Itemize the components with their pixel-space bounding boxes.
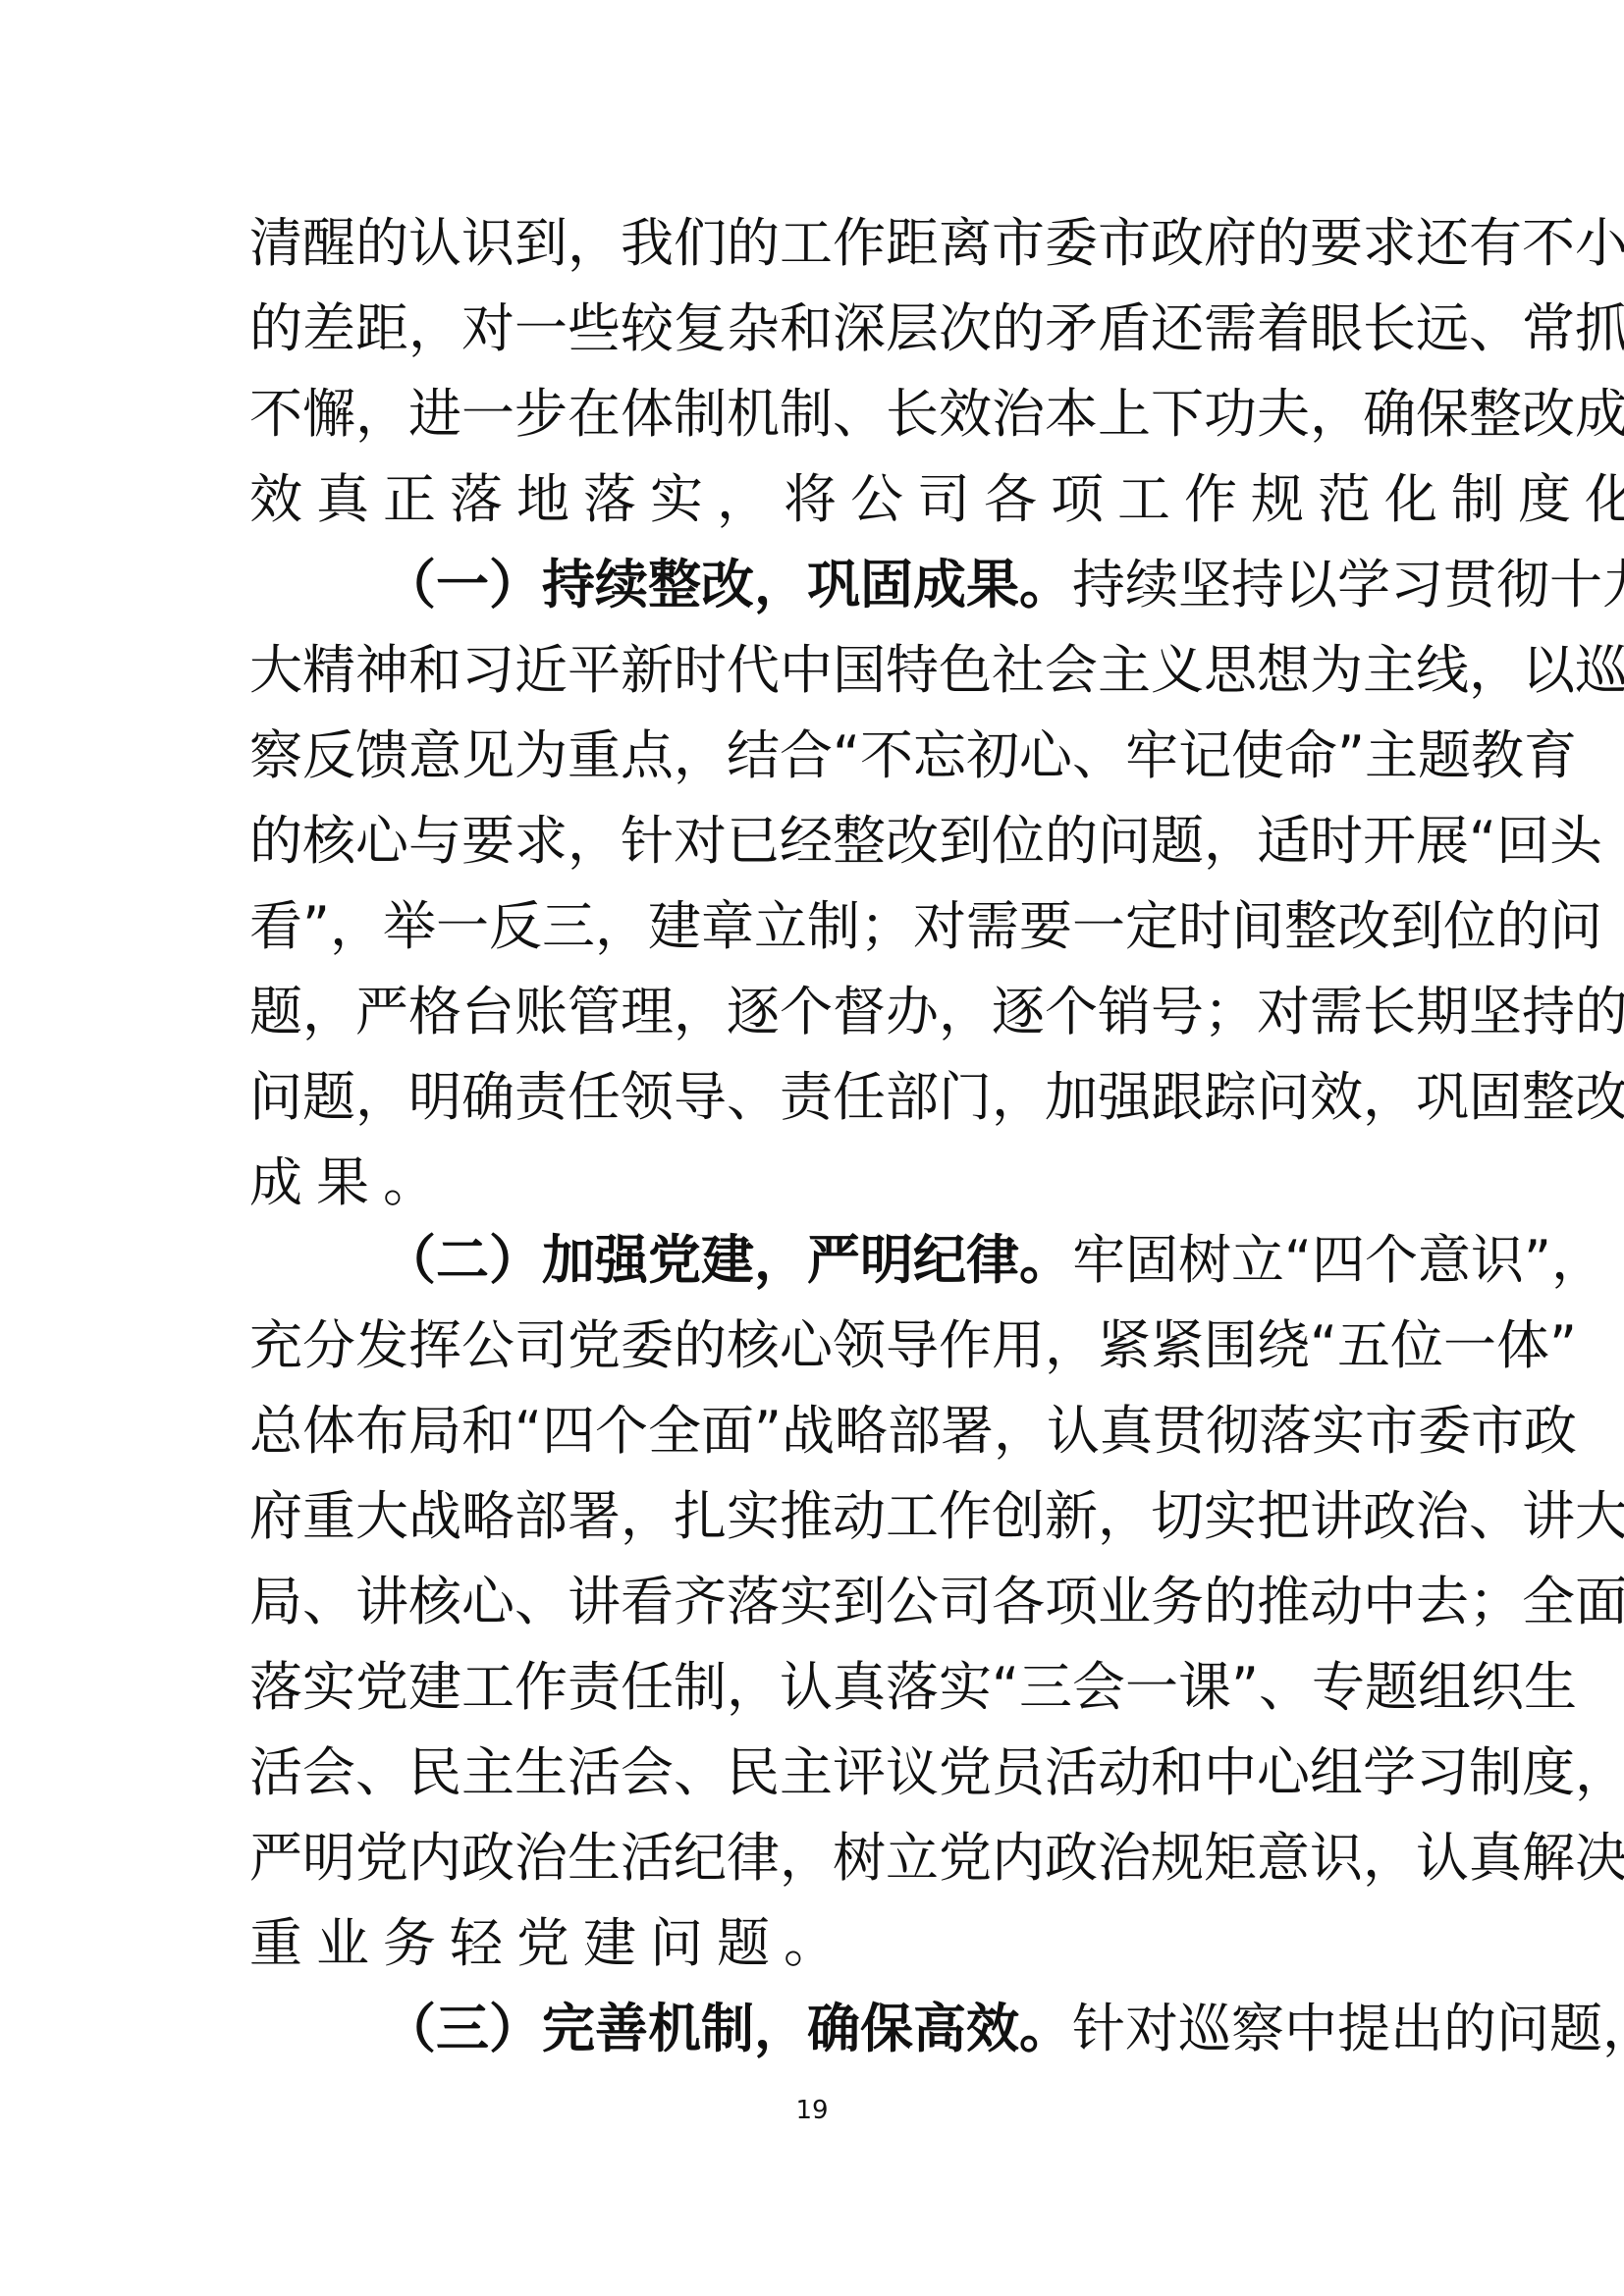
section-2-line-6: 落实党建工作责任制，认真落实“三会一课”、专题组织生 xyxy=(249,1644,1384,1730)
section-1-first-line-text: 持续坚持以学习贯彻十九 xyxy=(1072,554,1624,615)
intro-line-1: 清醒的认识到，我们的工作距离市委市政府的要求还有不小 xyxy=(249,200,1384,286)
intro-line-4: 效真正落地落实，将公司各项工作规范化制度化开展。 xyxy=(249,456,1384,542)
section-2-line-8: 严明党内政治生活纪律，树立党内政治规矩意识，认真解决 xyxy=(249,1815,1384,1900)
section-2-line-3: 总体布局和“四个全面”战略部署，认真贯彻落实市委市政 xyxy=(249,1388,1384,1473)
section-1-line-2: 大精神和习近平新时代中国特色社会主义思想为主线，以巡 xyxy=(249,627,1384,713)
section-1-line-8: 成果。 xyxy=(249,1140,1384,1225)
section-2-first-line-text: 牢固树立“四个意识”， xyxy=(1072,1229,1604,1291)
section-1-first-line: （一）持续整改，巩固成果。持续坚持以学习贯彻十九 xyxy=(383,542,1384,627)
section-3-heading: （三）完善机制，确保高效。 xyxy=(383,1998,1072,2059)
page-number: 19 xyxy=(0,2096,1624,2125)
intro-line-3: 不懈，进一步在体制机制、长效治本上下功夫，确保整改成 xyxy=(249,371,1384,456)
intro-line-2: 的差距，对一些较复杂和深层次的矛盾还需着眼长远、常抓 xyxy=(249,286,1384,371)
section-2-first-line: （二）加强党建，严明纪律。牢固树立“四个意识”， xyxy=(383,1217,1384,1303)
section-3-first-line: （三）完善机制，确保高效。针对巡察中提出的问题， xyxy=(383,1986,1384,2071)
section-1-line-4: 的核心与要求，针对已经整改到位的问题，适时开展“回头 xyxy=(249,798,1384,883)
section-1-heading: （一）持续整改，巩固成果。 xyxy=(383,554,1072,615)
section-3-first-line-text: 针对巡察中提出的问题， xyxy=(1072,1998,1624,2059)
section-2-line-7: 活会、民主生活会、民主评议党员活动和中心组学习制度， xyxy=(249,1730,1384,1815)
section-2-line-5: 局、讲核心、讲看齐落实到公司各项业务的推动中去；全面 xyxy=(249,1559,1384,1644)
section-1-line-6: 题，严格台账管理，逐个督办，逐个销号；对需长期坚持的 xyxy=(249,969,1384,1054)
document-page: 清醒的认识到，我们的工作距离市委市政府的要求还有不小 的差距，对一些较复杂和深层… xyxy=(0,0,1624,2296)
section-1-line-3: 察反馈意见为重点，结合“不忘初心、牢记使命”主题教育 xyxy=(249,713,1384,798)
section-2-heading: （二）加强党建，严明纪律。 xyxy=(383,1229,1072,1291)
section-2-line-4: 府重大战略部署，扎实推动工作创新，切实把讲政治、讲大 xyxy=(249,1473,1384,1559)
section-1-line-7: 问题，明确责任领导、责任部门，加强跟踪问效，巩固整改 xyxy=(249,1054,1384,1140)
section-1-line-5: 看”，举一反三，建章立制；对需要一定时间整改到位的问 xyxy=(249,883,1384,969)
section-2-line-9: 重业务轻党建问题。 xyxy=(249,1900,1384,1986)
section-2-line-2: 充分发挥公司党委的核心领导作用，紧紧围绕“五位一体” xyxy=(249,1303,1384,1388)
